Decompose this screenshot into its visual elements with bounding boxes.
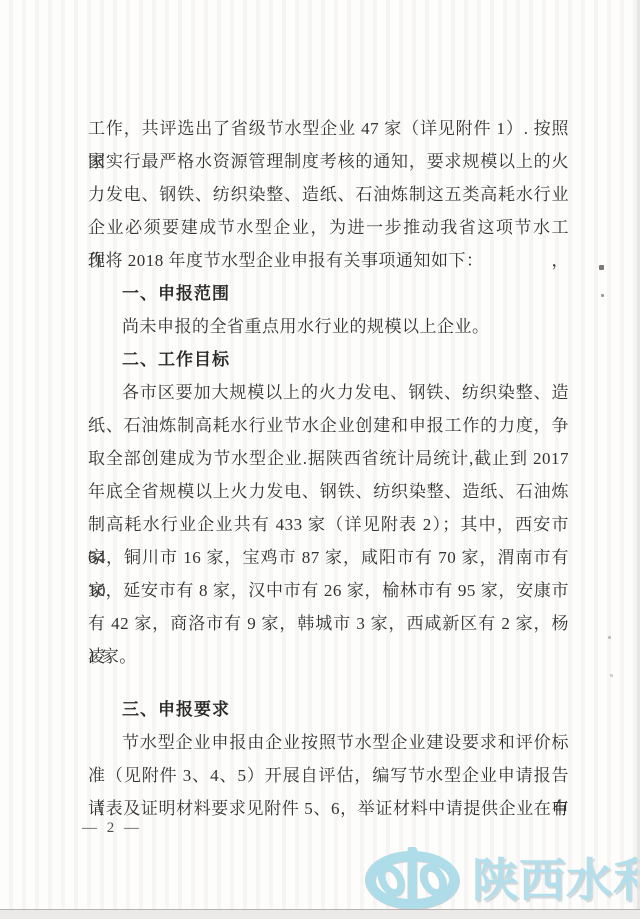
document-line: 年底全省规模以上火力发电、钢铁、纺织染整、造纸、石油炼 — [88, 475, 569, 508]
document-line: 制高耗水行业企业共有 433 家（详见附表 2）；其中，西安市 64 — [88, 508, 569, 541]
document-line: 工作，共评选出了省级节水型企业 47 家（详见附件 1）. 按照国 — [88, 112, 569, 145]
scan-speck — [610, 674, 613, 677]
document-line: 纸、石油炼制高耗水行业节水企业创建和申报工作的力度，争 — [88, 409, 569, 442]
page-number: — 2 — — [82, 820, 142, 837]
document-line: 准（见附件 3、4、5）开展自评估，编写节水型企业申请报告（申 — [88, 759, 569, 792]
document-line: 节水型企业申报由企业按照节水型企业建设要求和评价标 — [88, 726, 569, 759]
document-line: 家，延安市有 8 家，汉中市有 26 家，榆林市有 95 家，安康市 — [88, 574, 569, 607]
scan-speck — [608, 636, 611, 639]
document-line: 家，铜川市 16 家，宝鸡市 87 家，咸阳市有 70 家，渭南市有 10 — [88, 541, 569, 574]
scan-speck — [601, 294, 604, 297]
scan-speck — [599, 265, 604, 270]
document-line: 有 42 家，商洛市有 9 家，韩城市 3 家，西咸新区有 2 家，杨凌 — [88, 607, 569, 640]
document-line: 家实行最严格水资源管理制度考核的通知，要求规模以上的火 — [88, 145, 569, 178]
document-line: 尚未申报的全省重点用水行业的规模以上企业。 — [88, 310, 569, 343]
document-body: 工作，共评选出了省级节水型企业 47 家（详见附件 1）. 按照国家实行最严格水… — [88, 112, 569, 825]
watermark-text: 陕西水利 — [472, 847, 640, 913]
document-line: 企业必须要建成节水型企业，为进一步推动我省这项节水工作， — [88, 211, 569, 244]
watermark: 陕西水利 — [364, 847, 640, 913]
document-line: 1 家。 — [88, 640, 569, 673]
document-page: 工作，共评选出了省级节水型企业 47 家（详见附件 1）. 按照国家实行最严格水… — [0, 0, 640, 919]
section-heading: 一、申报范围 — [88, 277, 569, 310]
document-line: 各市区要加大规模以上的火力发电、钢铁、纺织染整、造 — [88, 376, 569, 409]
section-heading: 二、工作目标 — [88, 343, 569, 376]
section-heading: 三、申报要求 — [88, 693, 569, 726]
scan-bottom-edge — [0, 909, 640, 919]
shaanxi-water-logo-icon — [364, 847, 464, 913]
document-line: 力发电、钢铁、纺织染整、造纸、石油炼制这五类高耗水行业 — [88, 178, 569, 211]
document-line: 请表及证明材料要求见附件 5、6，举证材料中请提供企业在有 — [88, 792, 569, 825]
document-line: 取全部创建成为节水型企业.据陕西省统计局统计,截止到 2017 — [88, 442, 569, 475]
